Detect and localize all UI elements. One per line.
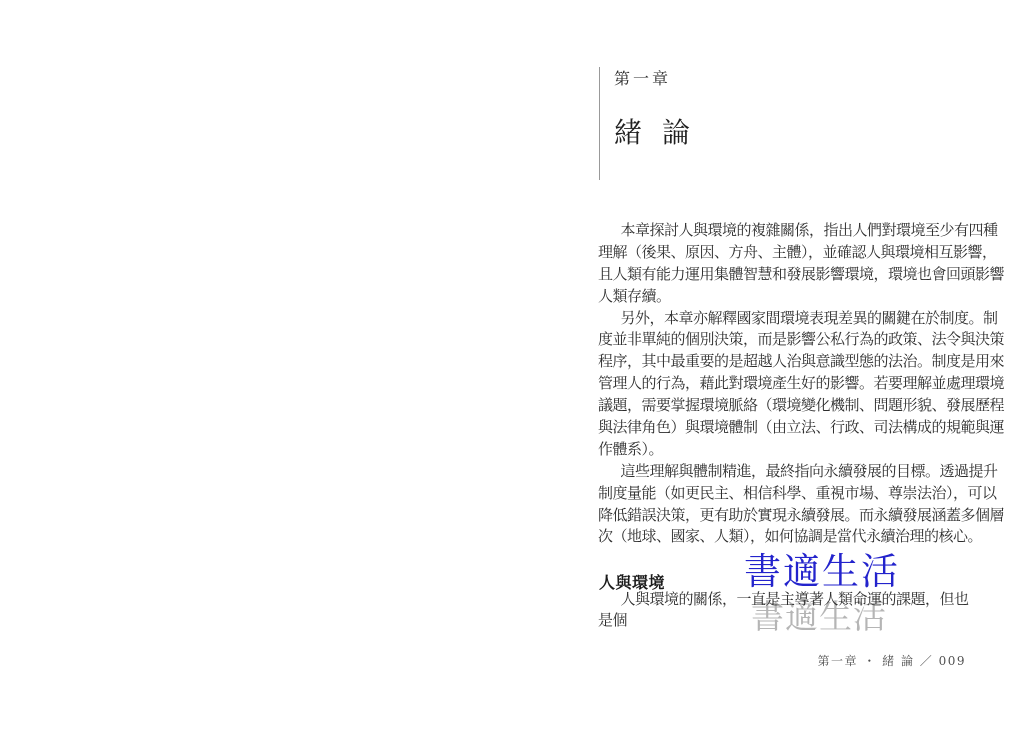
body-text-line: 作體系）。 (598, 439, 978, 461)
body-text-line: 與法律角色）與環境體制（由立法、行政、司法構成的規範與運 (598, 417, 978, 439)
body-text-line: 降低錯誤決策，更有助於實現永續發展。而永續發展涵蓋多個層 (598, 505, 978, 527)
chapter-title: 緒論 (614, 111, 710, 151)
body-text-line: 度並非單純的個別決策，而是影響公私行為的政策、法令與決策 (598, 329, 978, 351)
body-text-line: 制度量能（如更民主、相信科學、重視市場、尊崇法治），可以 (598, 483, 978, 505)
page-footer: 第一章 ・ 緒 論 ／ 009 (818, 652, 966, 669)
body-text-line: 另外，本章亦解釋國家間環境表現差異的關鍵在於制度。制 (598, 308, 978, 330)
body-text-line: 這些理解與體制精進，最終指向永續發展的目標。透過提升 (598, 461, 978, 483)
body-text-column: 本章探討人與環境的複雜關係，指出人們對環境至少有四種 理解（後果、原因、方舟、主… (598, 220, 978, 548)
body-text-line: 人類存續。 (598, 286, 978, 308)
watermark-blue: 書適生活 (744, 541, 900, 595)
chapter-vertical-rule (599, 67, 600, 180)
body-text-line: 議題，需要掌握環境脈絡（環境變化機制、問題形貌、發展歷程 (598, 395, 978, 417)
body-text-line: 程序，其中最重要的是超越人治與意識型態的法治。制度是用來 (598, 351, 978, 373)
body-text-line: 且人類有能力運用集體智慧和發展影響環境，環境也會回頭影響 (598, 264, 978, 286)
body-text-line: 本章探討人與環境的複雜關係，指出人們對環境至少有四種 (598, 220, 978, 242)
body-text-line: 管理人的行為，藉此對環境產生好的影響。若要理解並處理環境 (598, 373, 978, 395)
chapter-number-label: 第一章 (614, 66, 671, 89)
book-page: 第一章 緒論 本章探討人與環境的複雜關係，指出人們對環境至少有四種 理解（後果、… (0, 0, 1029, 730)
body-text-line: 理解（後果、原因、方舟、主體），並確認人與環境相互影響， (598, 242, 978, 264)
